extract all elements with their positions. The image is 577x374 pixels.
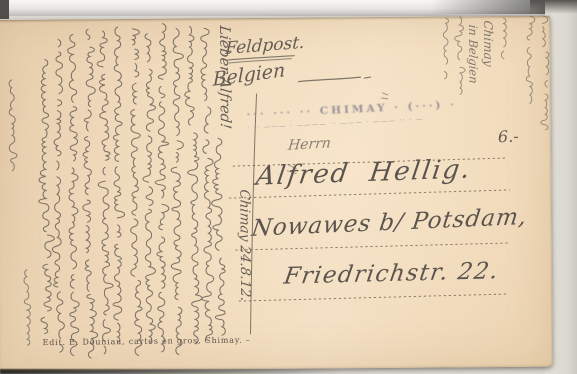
scanner-corner-shadow [0,0,9,19]
address-line-street: Friedrichstr. 22. [282,260,500,289]
postcard-scan: Edit. E. Douniau, cartes en gros, Chimay… [0,0,577,374]
sender-place: Chimay [482,20,494,67]
postcard-bottom-shadow [0,369,340,374]
scanner-right-top-shadow [530,0,577,14]
sender-country: in Belgien [467,24,479,84]
date-note: Chimay 24.8.12. [237,189,251,302]
address-line-name: Alfred Hellig. [254,156,473,189]
price-note: 6.- [498,129,519,146]
message-salutation: Lieber Alfred! [217,25,232,130]
postcard: Edit. E. Douniau, cartes en gros, Chimay… [0,16,553,371]
address-salutation: Herrn [287,136,331,153]
